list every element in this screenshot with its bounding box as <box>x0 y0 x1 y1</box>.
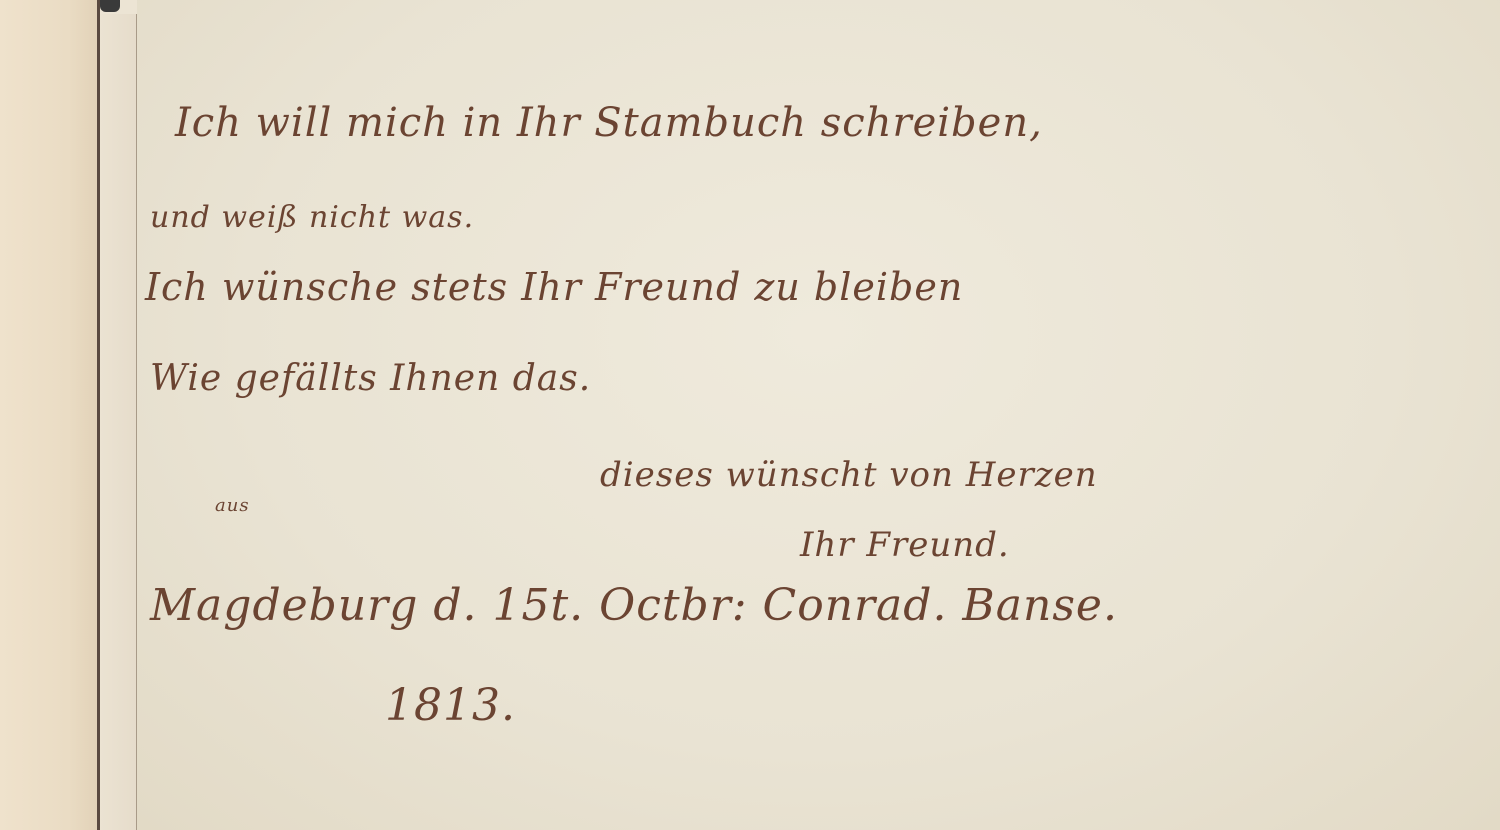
closing-friend: Ihr Freund. <box>800 525 1010 565</box>
facing-page <box>0 0 97 830</box>
verse-line-3: Ich wünsche stets Ihr Freund zu bleiben <box>145 265 963 309</box>
place-date-signature: Magdeburg d. 15t. Octbr: Conrad. Banse. <box>150 580 1118 631</box>
page-stub <box>100 14 137 830</box>
verse-line-4: Wie gefällts Ihnen das. <box>150 358 591 399</box>
dedication-line: dieses wünscht von Herzen <box>600 455 1098 495</box>
verse-line-2: und weiß nicht was. <box>150 200 474 235</box>
aus-word: aus <box>215 495 250 516</box>
binding-knob <box>100 0 120 12</box>
year: 1813. <box>385 680 516 731</box>
verse-line-1: Ich will mich in Ihr Stambuch schreiben, <box>175 100 1043 146</box>
